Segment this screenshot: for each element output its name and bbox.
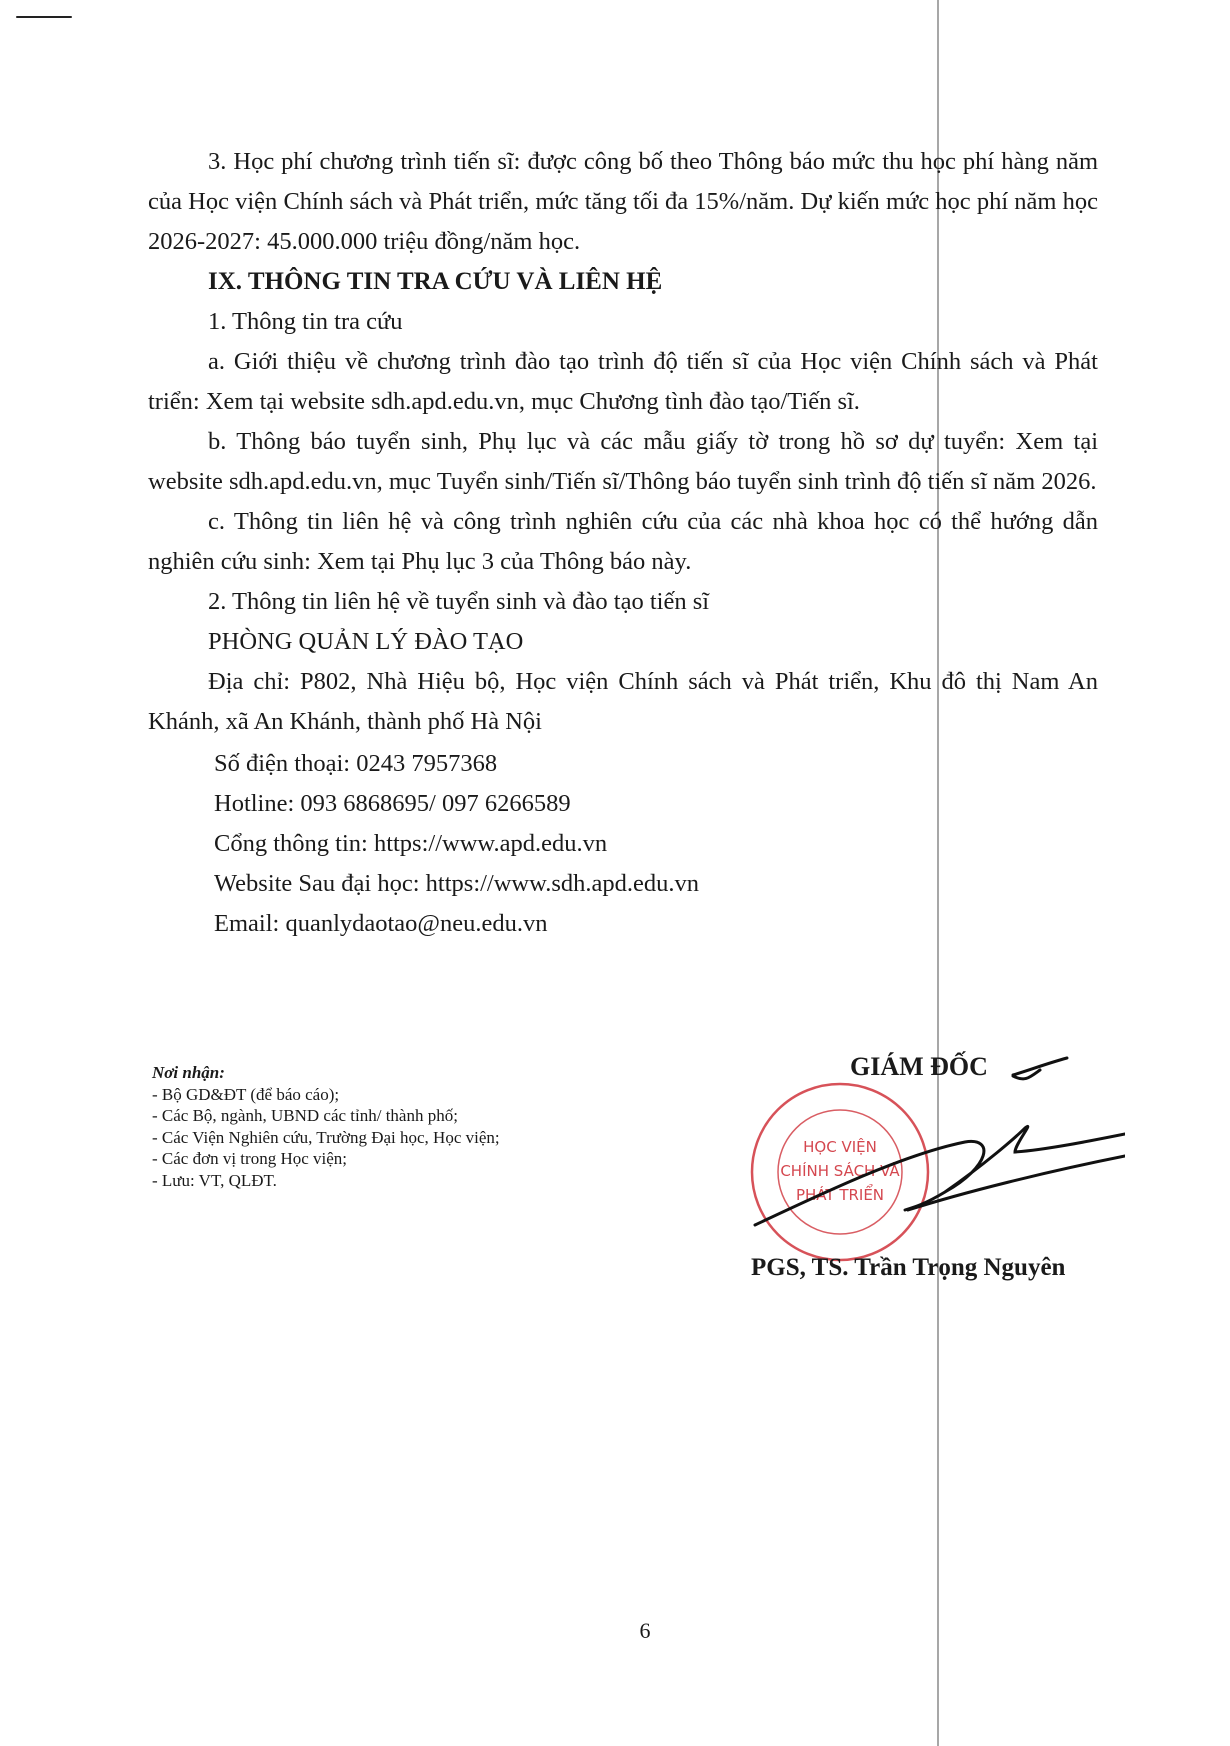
scan-corner-mark	[16, 16, 72, 18]
contact-phone: Số điện thoại: 0243 7957368	[148, 744, 1098, 784]
recipients-block: Nơi nhận: - Bộ GD&ĐT (để báo cáo); - Các…	[152, 1062, 500, 1191]
recipient-item: - Các Viện Nghiên cứu, Trường Đại học, H…	[152, 1127, 500, 1149]
subsection-2-title: 2. Thông tin liên hệ về tuyển sinh và đà…	[148, 582, 1098, 622]
tuition-line-1: 3. Học phí chương trình tiến sĩ: được cô…	[208, 148, 1001, 175]
subsection-1-title: 1. Thông tin tra cứu	[148, 302, 1098, 342]
recipients-title: Nơi nhận:	[152, 1062, 500, 1084]
tuition-paragraph: 3. Học phí chương trình tiến sĩ: được cô…	[148, 142, 1098, 262]
recipient-item: - Bộ GD&ĐT (để báo cáo);	[152, 1084, 500, 1106]
lookup-item-c: c. Thông tin liên hệ và công trình nghiê…	[148, 502, 1098, 582]
recipient-item: - Các Bộ, ngành, UBND các tỉnh/ thành ph…	[152, 1105, 500, 1127]
contact-block: Số điện thoại: 0243 7957368 Hotline: 093…	[148, 744, 1098, 944]
office-address: Địa chỉ: P802, Nhà Hiệu bộ, Học viện Chí…	[148, 662, 1098, 742]
office-name: PHÒNG QUẢN LÝ ĐÀO TẠO	[148, 622, 1098, 662]
section-heading: IX. THÔNG TIN TRA CỨU VÀ LIÊN HỆ	[148, 262, 1098, 302]
contact-email: Email: quanlydaotao@neu.edu.vn	[148, 904, 1098, 944]
contact-hotline: Hotline: 093 6868695/ 097 6266589	[148, 784, 1098, 824]
document-body: 3. Học phí chương trình tiến sĩ: được cô…	[148, 142, 1098, 944]
contact-website: Website Sau đại học: https://www.sdh.apd…	[148, 864, 1098, 904]
contact-portal: Cổng thông tin: https://www.apd.edu.vn	[148, 824, 1098, 864]
recipient-item: - Các đơn vị trong Học viện;	[152, 1148, 500, 1170]
page-number: 6	[0, 1618, 1230, 1644]
recipient-item: - Lưu: VT, QLĐT.	[152, 1170, 500, 1192]
signature-block: HỌC VIỆN CHÍNH SÁCH VÀ PHÁT TRIỂN GIÁM Đ…	[745, 1042, 1125, 1302]
lookup-item-b: b. Thông báo tuyển sinh, Phụ lục và các …	[148, 422, 1098, 502]
lookup-item-a: a. Giới thiệu về chương trình đào tạo tr…	[148, 342, 1098, 422]
signer-name: PGS, TS. Trần Trọng Nguyên	[751, 1254, 1065, 1282]
